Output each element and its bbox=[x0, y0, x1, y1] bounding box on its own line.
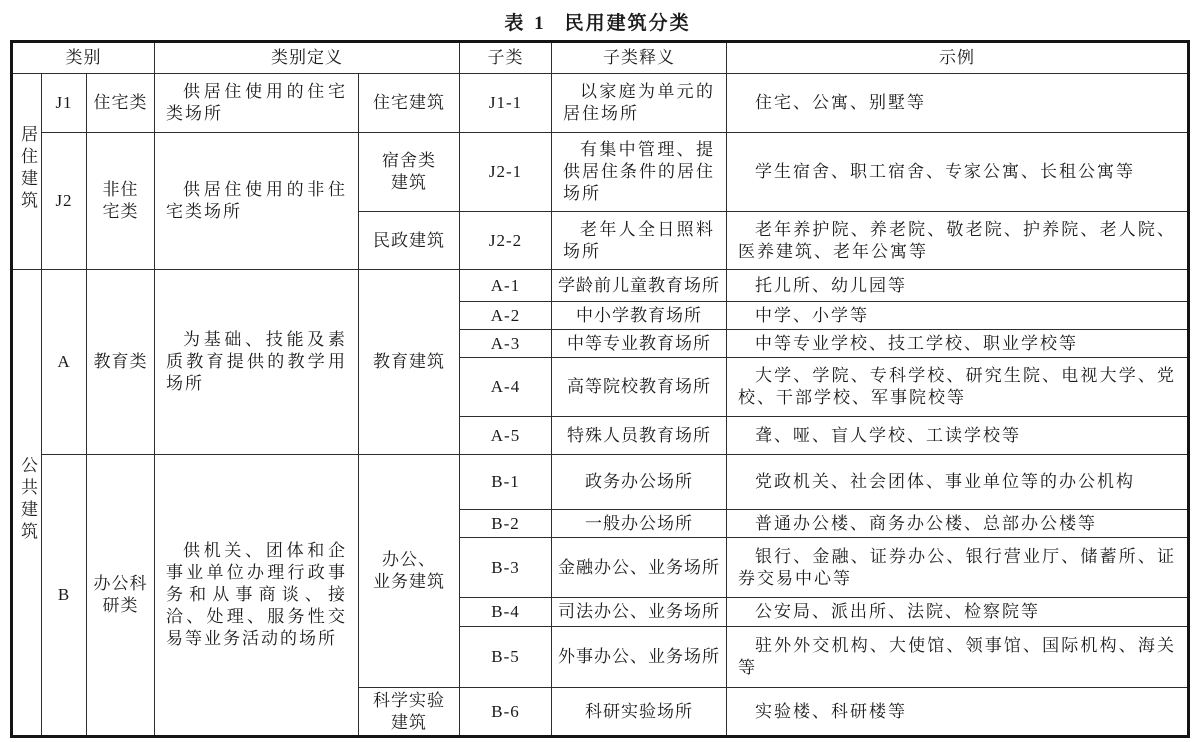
category-code-A: A bbox=[42, 270, 87, 455]
building-type-dormitory: 宿舍类 建筑 bbox=[359, 133, 460, 212]
subclass-meaning-J2-2: 老年人全日照料场所 bbox=[552, 212, 727, 270]
subclass-meaning-B-3: 金融办公、业务场所 bbox=[552, 538, 727, 598]
subclass-meaning-A-3: 中等专业教育场所 bbox=[552, 330, 727, 358]
table-row: 公共建筑 A 教育类 为基础、技能及素质教育提供的教学用场所 教育建筑 A-1 … bbox=[12, 270, 1189, 302]
subclass-meaning-B-6: 科研实验场所 bbox=[552, 688, 727, 737]
subclass-meaning-A-2: 中小学教育场所 bbox=[552, 302, 727, 330]
header-category-definition: 类别定义 bbox=[155, 42, 460, 74]
subclass-code-B-6: B-6 bbox=[460, 688, 552, 737]
subclass-meaning-A-5: 特殊人员教育场所 bbox=[552, 417, 727, 455]
examples-A-4: 大学、学院、专科学校、研究生院、电视大学、党校、干部学校、军事院校等 bbox=[727, 358, 1189, 417]
subclass-meaning-A-4: 高等院校教育场所 bbox=[552, 358, 727, 417]
subclass-code-B-1: B-1 bbox=[460, 455, 552, 510]
group-cell-public: 公共建筑 bbox=[12, 270, 42, 737]
category-definition-J1: 供居住使用的住宅类场所 bbox=[155, 74, 359, 133]
examples-B-4: 公安局、派出所、法院、检察院等 bbox=[727, 598, 1189, 627]
classification-table: 类别 类别定义 子类 子类释义 示例 居住建筑 J1 住宅类 供居住使用的住宅类… bbox=[10, 40, 1190, 738]
building-type-office-business: 办公、 业务建筑 bbox=[359, 455, 460, 688]
examples-J2-1: 学生宿舍、职工宿舍、专家公寓、长租公寓等 bbox=[727, 133, 1189, 212]
table-title-index: 表 1 bbox=[504, 13, 546, 34]
subclass-code-A-2: A-2 bbox=[460, 302, 552, 330]
examples-B-6: 实验楼、科研楼等 bbox=[727, 688, 1189, 737]
category-name-B: 办公科 研类 bbox=[87, 455, 155, 737]
header-subclass-meaning: 子类释义 bbox=[552, 42, 727, 74]
category-name-J2: 非住 宅类 bbox=[87, 133, 155, 270]
examples-A-5: 聋、哑、盲人学校、工读学校等 bbox=[727, 417, 1189, 455]
subclass-code-A-3: A-3 bbox=[460, 330, 552, 358]
table-row: J2 非住 宅类 供居住使用的非住宅类场所 宿舍类 建筑 J2-1 有集中管理、… bbox=[12, 133, 1189, 212]
subclass-code-J2-1: J2-1 bbox=[460, 133, 552, 212]
subclass-meaning-J1-1: 以家庭为单元的居住场所 bbox=[552, 74, 727, 133]
table-title-text: 民用建筑分类 bbox=[565, 13, 691, 34]
subclass-meaning-B-1: 政务办公场所 bbox=[552, 455, 727, 510]
subclass-code-B-3: B-3 bbox=[460, 538, 552, 598]
examples-B-1: 党政机关、社会团体、事业单位等的办公机构 bbox=[727, 455, 1189, 510]
subclass-meaning-B-4: 司法办公、业务场所 bbox=[552, 598, 727, 627]
building-type-science-lab: 科学实验 建筑 bbox=[359, 688, 460, 737]
header-examples: 示例 bbox=[727, 42, 1189, 74]
building-type-education: 教育建筑 bbox=[359, 270, 460, 455]
subclass-code-A-4: A-4 bbox=[460, 358, 552, 417]
building-type-civil-affairs: 民政建筑 bbox=[359, 212, 460, 270]
examples-B-5: 驻外外交机构、大使馆、领事馆、国际机构、海关等 bbox=[727, 627, 1189, 688]
table-title: 表 1民用建筑分类 bbox=[0, 0, 1195, 34]
header-row: 类别 类别定义 子类 子类释义 示例 bbox=[12, 42, 1189, 74]
subclass-meaning-A-1: 学龄前儿童教育场所 bbox=[552, 270, 727, 302]
category-code-J1: J1 bbox=[42, 74, 87, 133]
category-name-A: 教育类 bbox=[87, 270, 155, 455]
examples-B-2: 普通办公楼、商务办公楼、总部办公楼等 bbox=[727, 510, 1189, 538]
header-category: 类别 bbox=[12, 42, 155, 74]
subclass-code-A-5: A-5 bbox=[460, 417, 552, 455]
category-definition-A: 为基础、技能及素质教育提供的教学用场所 bbox=[155, 270, 359, 455]
subclass-code-A-1: A-1 bbox=[460, 270, 552, 302]
examples-J2-2: 老年养护院、养老院、敬老院、护养院、老人院、医养建筑、老年公寓等 bbox=[727, 212, 1189, 270]
table-row: B 办公科 研类 供机关、团体和企事业单位办理行政事务和从事商谈、接洽、处理、服… bbox=[12, 455, 1189, 510]
category-definition-J2: 供居住使用的非住宅类场所 bbox=[155, 133, 359, 270]
table-row: 居住建筑 J1 住宅类 供居住使用的住宅类场所 住宅建筑 J1-1 以家庭为单元… bbox=[12, 74, 1189, 133]
header-subclass: 子类 bbox=[460, 42, 552, 74]
category-definition-B: 供机关、团体和企事业单位办理行政事务和从事商谈、接洽、处理、服务性交易等业务活动… bbox=[155, 455, 359, 737]
examples-J1-1: 住宅、公寓、别墅等 bbox=[727, 74, 1189, 133]
subclass-code-J1-1: J1-1 bbox=[460, 74, 552, 133]
subclass-code-J2-2: J2-2 bbox=[460, 212, 552, 270]
examples-A-1: 托儿所、幼儿园等 bbox=[727, 270, 1189, 302]
subclass-meaning-B-5: 外事办公、业务场所 bbox=[552, 627, 727, 688]
group-cell-residential: 居住建筑 bbox=[12, 74, 42, 270]
building-type-residential: 住宅建筑 bbox=[359, 74, 460, 133]
category-name-J1: 住宅类 bbox=[87, 74, 155, 133]
category-code-B: B bbox=[42, 455, 87, 737]
subclass-code-B-2: B-2 bbox=[460, 510, 552, 538]
category-code-J2: J2 bbox=[42, 133, 87, 270]
group-label-public: 公共建筑 bbox=[15, 456, 39, 544]
examples-A-2: 中学、小学等 bbox=[727, 302, 1189, 330]
examples-B-3: 银行、金融、证券办公、银行营业厅、储蓄所、证券交易中心等 bbox=[727, 538, 1189, 598]
subclass-meaning-J2-1: 有集中管理、提供居住条件的居住场所 bbox=[552, 133, 727, 212]
subclass-meaning-B-2: 一般办公场所 bbox=[552, 510, 727, 538]
examples-A-3: 中等专业学校、技工学校、职业学校等 bbox=[727, 330, 1189, 358]
subclass-code-B-4: B-4 bbox=[460, 598, 552, 627]
group-label-residential: 居住建筑 bbox=[15, 125, 39, 213]
subclass-code-B-5: B-5 bbox=[460, 627, 552, 688]
